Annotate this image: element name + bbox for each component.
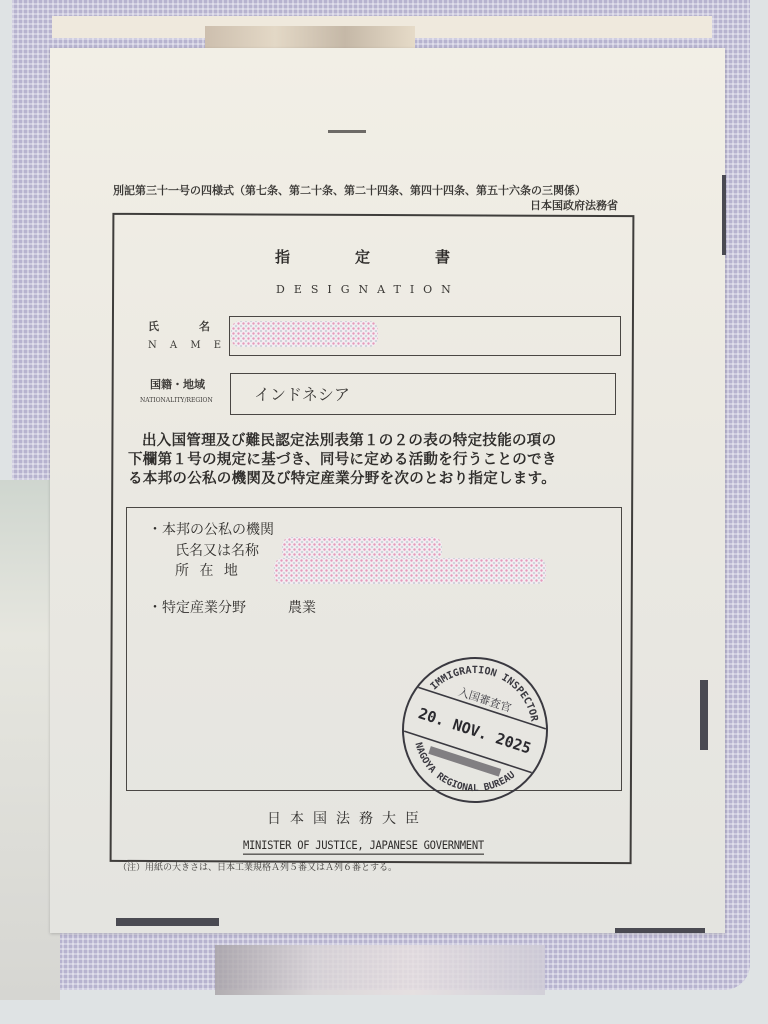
stamp-inner-ja: 入国審査官: [457, 684, 514, 714]
sheet-tab-right-top: [722, 175, 726, 255]
sheet-tab-bottom-right: [615, 928, 705, 933]
issuing-ministry: 日本国政府法務省: [530, 197, 618, 213]
statement-line-2: 下欄第１号の規定に基づき、同号に定める活動を行うことのでき: [128, 451, 608, 470]
document-title-ja: 指定書: [275, 246, 515, 267]
name-redaction: [231, 321, 378, 347]
signatory-en: MINISTER OF JUSTICE, JAPANESE GOVERNMENT: [243, 839, 484, 854]
title-char-1: 指: [275, 246, 355, 267]
statement-line-1: 出入国管理及び難民認定法別表第１の２の表の特定技能の項の: [128, 432, 608, 451]
industry-value: 農業: [288, 597, 316, 617]
designation-statement: 出入国管理及び難民認定法別表第１の２の表の特定技能の項の 下欄第１号の規定に基づ…: [128, 432, 608, 489]
form-reference: 別記第三十一号の四様式（第七条、第二十条、第二十四条、第四十四条、第五十六条の三…: [113, 182, 586, 198]
organization-address-label: 所 在 地: [175, 560, 241, 580]
statement-line-3: る本邦の公私の機関及び特定産業分野を次のとおり指定します。: [128, 470, 608, 489]
name-label-ja: 氏 名: [148, 318, 216, 334]
sheet-tab-bottom-left: [116, 918, 219, 926]
organization-address-redaction: [274, 558, 546, 584]
underlying-page-pattern: [205, 26, 415, 48]
signatory-ja: 日本国法務大臣: [267, 808, 428, 828]
title-char-3: 書: [435, 246, 515, 267]
organization-name-label: 氏名又は名称: [175, 540, 259, 560]
organization-heading: ・本邦の公私の機関: [148, 519, 274, 539]
nationality-label-en: NATIONALITY/REGION: [140, 397, 213, 404]
sheet-tab-right-bottom: [700, 680, 708, 750]
nationality-value: インドネシア: [254, 382, 350, 405]
page-dash-mark: [328, 130, 366, 133]
name-label-en: N A M E: [148, 340, 226, 351]
industry-label: ・特定産業分野: [148, 597, 246, 617]
document-title-en: DESIGNATION: [276, 283, 460, 296]
nationality-label-ja: 国籍・地域: [150, 376, 205, 392]
title-char-2: 定: [355, 246, 435, 267]
footnote: （注）用紙の大きさは、日本工業規格Ａ列５番又はＡ列６番とする。: [118, 860, 397, 873]
passport-bottom-page: [215, 945, 545, 995]
